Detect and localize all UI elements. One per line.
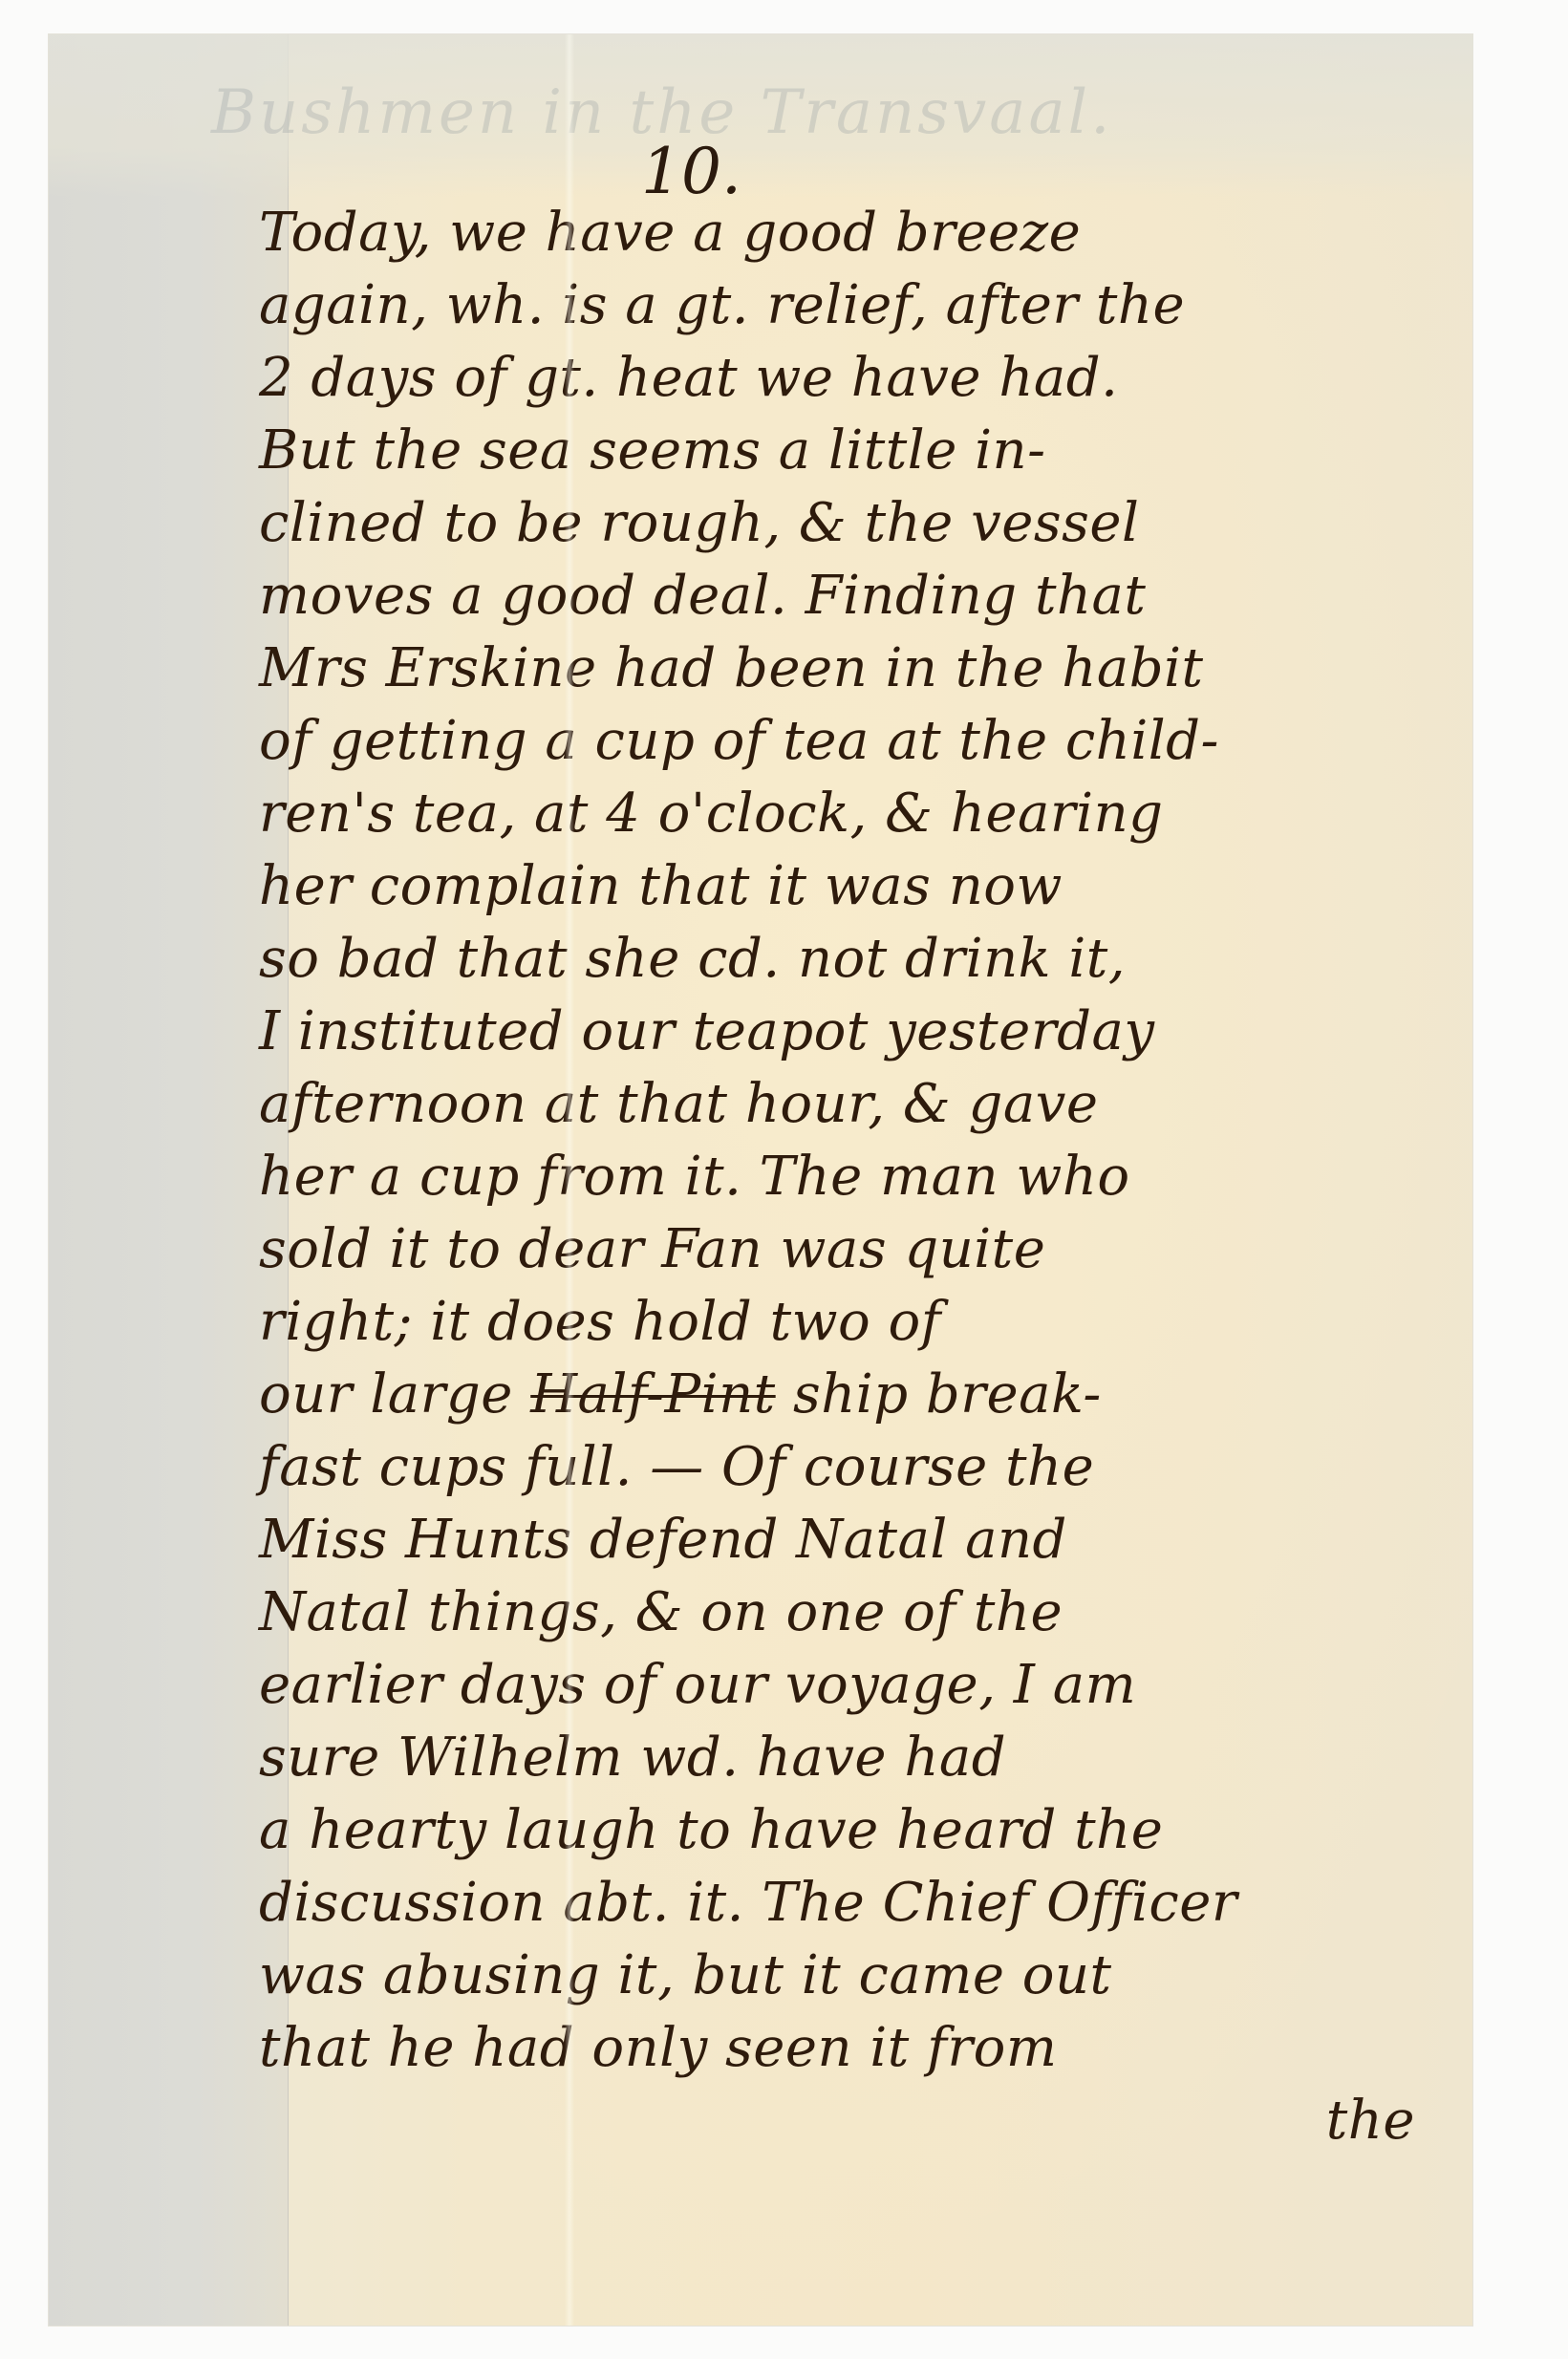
text-line: discussion abt. it. The Chief Officer <box>259 1867 1501 1940</box>
text-line: was abusing it, but it came out <box>259 1940 1501 2012</box>
letter-page: Bushmen in the Transvaal. 10. Today, we … <box>49 34 1472 2326</box>
text-line: her complain that it was now <box>259 850 1501 923</box>
text-line: so bad that she cd. not drink it, <box>259 923 1501 996</box>
text-line: that he had only seen it from <box>259 2012 1501 2085</box>
struck-out-word: Half-Pint <box>530 1363 775 1426</box>
text-line: of getting a cup of tea at the child- <box>259 705 1501 778</box>
text-line: fast cups full. — Of course the <box>259 1431 1501 1504</box>
text-line: moves a good deal. Finding that <box>259 560 1501 633</box>
text-line: right; it does hold two of <box>259 1286 1501 1359</box>
text-line: her a cup from it. The man who <box>259 1141 1501 1213</box>
text-line: afternoon at that hour, & gave <box>259 1068 1501 1141</box>
text-line: Miss Hunts defend Natal and <box>259 1504 1501 1576</box>
text-line: sure Wilhelm wd. have had <box>259 1722 1501 1794</box>
text-line: 2 days of gt. heat we have had. <box>259 342 1501 415</box>
text-line: clined to be rough, & the vessel <box>259 487 1501 560</box>
text-line-with-strikeout: our large Half-Pint ship break- <box>259 1359 1501 1431</box>
text-line: But the sea seems a little in- <box>259 415 1501 487</box>
text-line: Natal things, & on one of the <box>259 1576 1501 1649</box>
text-line: earlier days of our voyage, I am <box>259 1649 1501 1722</box>
handwritten-text: Today, we have a good breeze again, wh. … <box>259 197 1501 2157</box>
left-margin-strip <box>49 34 289 2326</box>
catchword: the <box>259 2085 1501 2157</box>
text-line: Mrs Erskine had been in the habit <box>259 633 1501 705</box>
scan-background: Bushmen in the Transvaal. 10. Today, we … <box>0 0 1568 2359</box>
text-line: ren's tea, at 4 o'clock, & hearing <box>259 778 1501 850</box>
text-line: I instituted our teapot yesterday <box>259 996 1501 1068</box>
text-line: again, wh. is a gt. relief, after the <box>259 269 1501 342</box>
text-line: a hearty laugh to have heard the <box>259 1794 1501 1867</box>
text-line: sold it to dear Fan was quite <box>259 1213 1501 1286</box>
text-line: Today, we have a good breeze <box>259 197 1501 269</box>
